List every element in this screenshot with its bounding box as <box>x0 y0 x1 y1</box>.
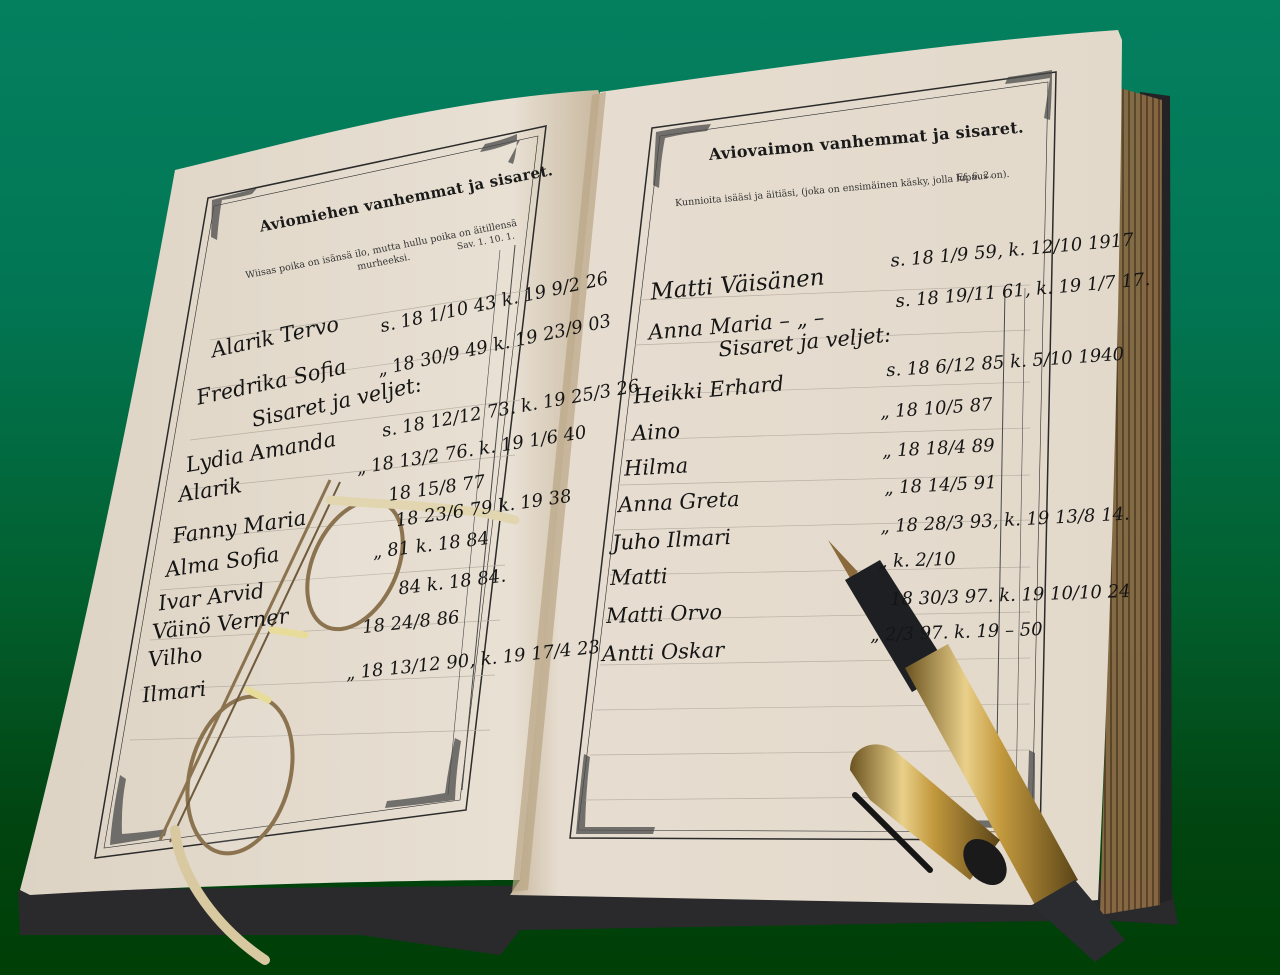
right-sibling-name: Matti Orvo <box>606 600 723 628</box>
right-sibling-name: Aino <box>631 418 681 445</box>
right-sibling-name: Antti Oskar <box>602 638 725 666</box>
photo-scene: Aviomiehen vanhemmat ja sisaret. Wiisas … <box>0 0 1280 975</box>
right-sibling-name: Hilma <box>623 453 688 480</box>
right-sibling-name: Matti <box>610 564 668 590</box>
right-sibling-dates: „ k. 2/10 <box>878 549 957 573</box>
